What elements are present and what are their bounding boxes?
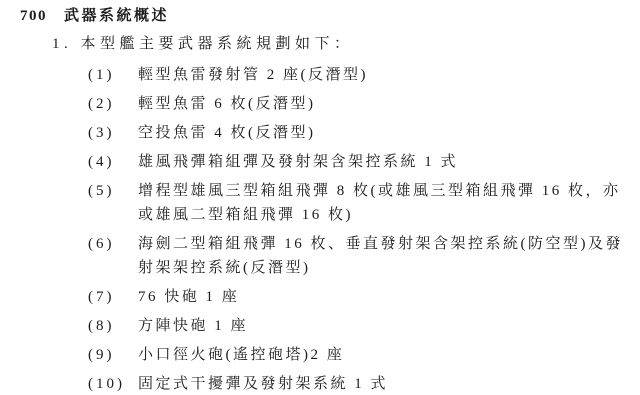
text-line: 增程型雄風三型箱組飛彈 8 枚(或雄風三型箱組飛彈 16 枚，亦 <box>138 179 621 203</box>
list-item: (7) 76 快砲 1 座 <box>88 285 622 309</box>
list-item: (3) 空投魚雷 4 枚(反潛型) <box>88 121 622 145</box>
item-number: (8) <box>88 314 138 338</box>
text-line: 或雄風二型箱組飛彈 16 枚) <box>138 203 621 227</box>
list-item: (4) 雄風飛彈箱組彈及發射架含架控系統 1 式 <box>88 150 622 174</box>
item-number: (5) <box>88 179 138 227</box>
text-line: 輕型魚雷 6 枚(反潛型) <box>138 92 316 116</box>
list-item: (9) 小口徑火砲(遙控砲塔)2 座 <box>88 343 622 367</box>
item-text: 海劍二型箱組飛彈 16 枚、垂直發射架含架控系統(防空型)及發 射架架控系統(反… <box>138 232 623 280</box>
item-number: (1) <box>88 63 138 87</box>
item-number: (6) <box>88 232 138 280</box>
item-number: (9) <box>88 343 138 367</box>
list-item: (2) 輕型魚雷 6 枚(反潛型) <box>88 92 622 116</box>
item-text: 76 快砲 1 座 <box>138 285 239 309</box>
item-number: (10) <box>88 372 138 395</box>
item-text: 雄風飛彈箱組彈及發射架含架控系統 1 式 <box>138 150 458 174</box>
text-line: 固定式干擾彈及發射架系統 1 式 <box>138 372 388 395</box>
item-number: (2) <box>88 92 138 116</box>
item-number: (7) <box>88 285 138 309</box>
list-item: (8) 方陣快砲 1 座 <box>88 314 622 338</box>
item-text: 輕型魚雷發射管 2 座(反潛型) <box>138 63 368 87</box>
text-line: 輕型魚雷發射管 2 座(反潛型) <box>138 63 368 87</box>
section-number: 700 <box>20 4 47 28</box>
item-number: (4) <box>88 150 138 174</box>
list-item: (5) 增程型雄風三型箱組飛彈 8 枚(或雄風三型箱組飛彈 16 枚，亦 或雄風… <box>88 179 622 227</box>
item-text: 增程型雄風三型箱組飛彈 8 枚(或雄風三型箱組飛彈 16 枚，亦 或雄風二型箱組… <box>138 179 621 227</box>
weapon-list: (1) 輕型魚雷發射管 2 座(反潛型) (2) 輕型魚雷 6 枚(反潛型) (… <box>20 63 622 395</box>
text-line: 小口徑火砲(遙控砲塔)2 座 <box>138 343 344 367</box>
list-item: (6) 海劍二型箱組飛彈 16 枚、垂直發射架含架控系統(防空型)及發 射架架控… <box>88 232 622 280</box>
text-line: 射架架控系統(反潛型) <box>138 256 623 280</box>
document-page: 700 武器系統概述 1. 本型艦主要武器系統規劃如下： (1) 輕型魚雷發射管… <box>0 0 640 395</box>
item-text: 固定式干擾彈及發射架系統 1 式 <box>138 372 388 395</box>
item-text: 方陣快砲 1 座 <box>138 314 248 338</box>
section-title: 武器系統概述 <box>64 4 169 28</box>
item-text: 輕型魚雷 6 枚(反潛型) <box>138 92 316 116</box>
text-line: 方陣快砲 1 座 <box>138 314 248 338</box>
item-text: 空投魚雷 4 枚(反潛型) <box>138 121 316 145</box>
text-line: 空投魚雷 4 枚(反潛型) <box>138 121 316 145</box>
item-text: 小口徑火砲(遙控砲塔)2 座 <box>138 343 344 367</box>
list-item: (10) 固定式干擾彈及發射架系統 1 式 <box>88 372 622 395</box>
text-line: 海劍二型箱組飛彈 16 枚、垂直發射架含架控系統(防空型)及發 <box>138 232 623 256</box>
item-number: (3) <box>88 121 138 145</box>
list-item: (1) 輕型魚雷發射管 2 座(反潛型) <box>88 63 622 87</box>
section-header: 700 武器系統概述 <box>20 4 622 28</box>
text-line: 雄風飛彈箱組彈及發射架含架控系統 1 式 <box>138 150 458 174</box>
intro-line: 1. 本型艦主要武器系統規劃如下： <box>52 32 622 56</box>
text-line: 76 快砲 1 座 <box>138 285 239 309</box>
